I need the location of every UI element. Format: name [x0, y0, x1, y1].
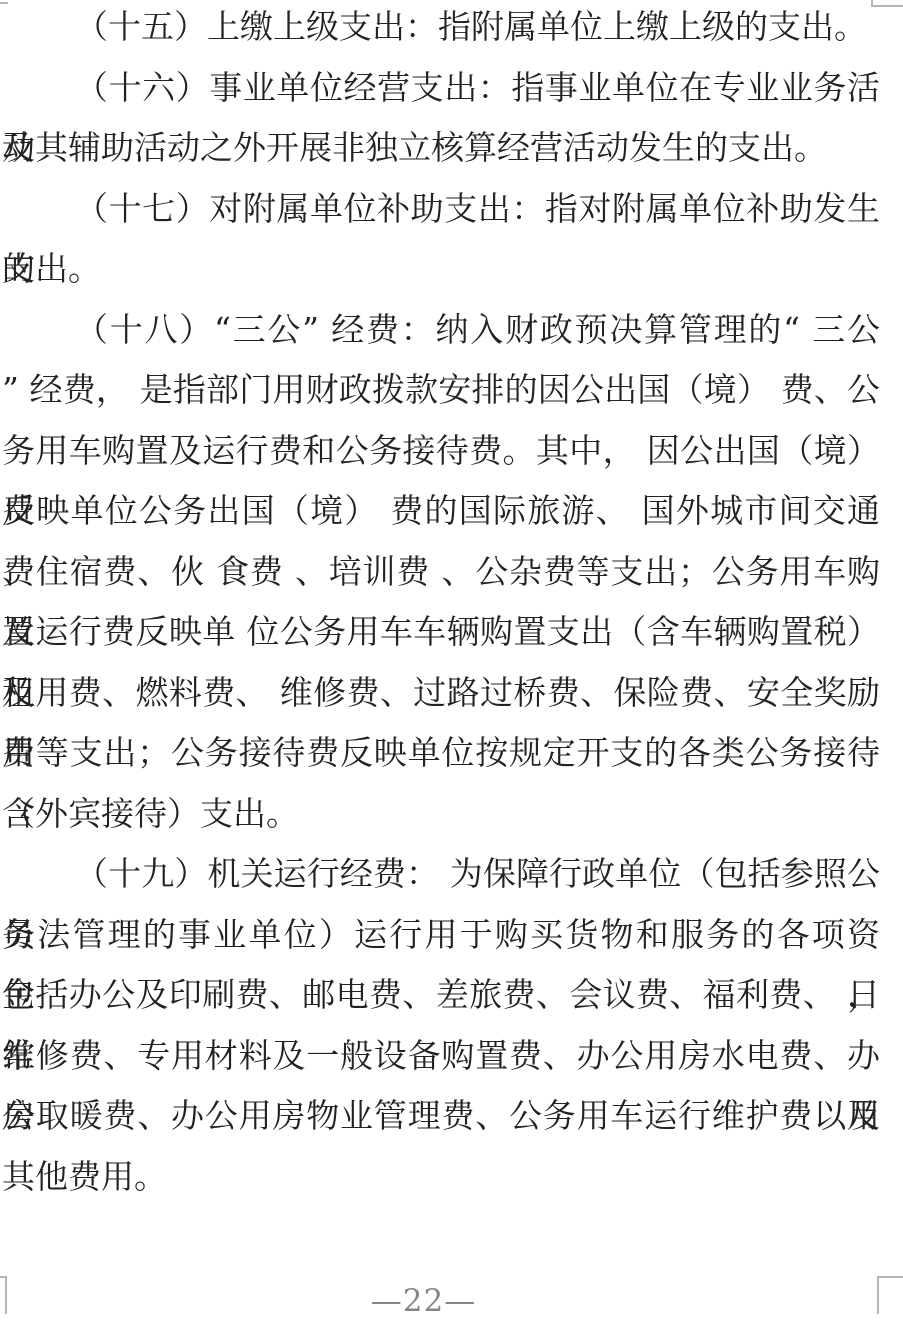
- body-line: （十七）对附属单位补助支出：指对附属单位补助发生的: [2, 179, 880, 240]
- body-line: 员法管理的事业单位）运行用于购买货物和服务的各项资金，: [2, 905, 880, 966]
- body-line: （十八）“三公” 经费：纳入财政预决算管理的“ 三公: [2, 300, 880, 361]
- body-line: （十六）事业单位经营支出：指事业单位在专业业务活动: [2, 58, 880, 119]
- document-page: （十五）上缴上级支出：指附属单位上缴上级的支出。 （十六）事业单位经营支出：指事…: [0, 0, 903, 1341]
- body-line: 及其辅助活动之外开展非独立核算经营活动发生的支出。: [2, 118, 880, 179]
- body-line: （十五）上缴上级支出：指附属单位上缴上级的支出。: [2, 0, 880, 58]
- body-line: 租用费、燃料费、 维修费、过路过桥费、保险费、安全奖励费: [2, 663, 880, 724]
- body-line: 包括办公及印刷费、邮电费、差旅费、会议费、福利费、 日常: [2, 965, 880, 1026]
- body-line: 用等支出；公务接待费反映单位按规定开支的各类公务接待（: [2, 723, 880, 784]
- body-line: （十九）机关运行经费： 为保障行政单位（包括参照公务: [2, 844, 880, 905]
- body-line: 及运行费反映单 位公务用车车辆购置支出（含车辆购置税）及: [2, 602, 880, 663]
- body-line: 含外宾接待）支出。: [2, 784, 880, 845]
- body-line: 务用车购置及运行费和公务接待费。其中， 因公出国（境）费: [2, 421, 880, 482]
- body-line: 、住宿费、伙 食费 、培训费 、公杂费等支出；公务用车购置: [2, 542, 880, 603]
- body-line: 支出。: [2, 239, 880, 300]
- body-line: 维修费、专用材料及一般设备购置费、办公用房水电费、办公 用: [2, 1026, 880, 1087]
- body-line: 房取暖费、办公用房物业管理费、公务用车运行维护费以及: [2, 1086, 880, 1147]
- body-text: （十五）上缴上级支出：指附属单位上缴上级的支出。 （十六）事业单位经营支出：指事…: [2, 0, 880, 1207]
- body-line: ” 经费， 是指部门用财政拨款安排的因公出国（境） 费、公: [2, 360, 880, 421]
- body-line: 反映单位公务出国（境） 费的国际旅游、 国外城市间交通费: [2, 481, 880, 542]
- page-number: —22—: [0, 1283, 847, 1319]
- text-boundary-mark-bottom-right: [877, 1276, 903, 1314]
- body-line: 其他费用。: [2, 1147, 880, 1208]
